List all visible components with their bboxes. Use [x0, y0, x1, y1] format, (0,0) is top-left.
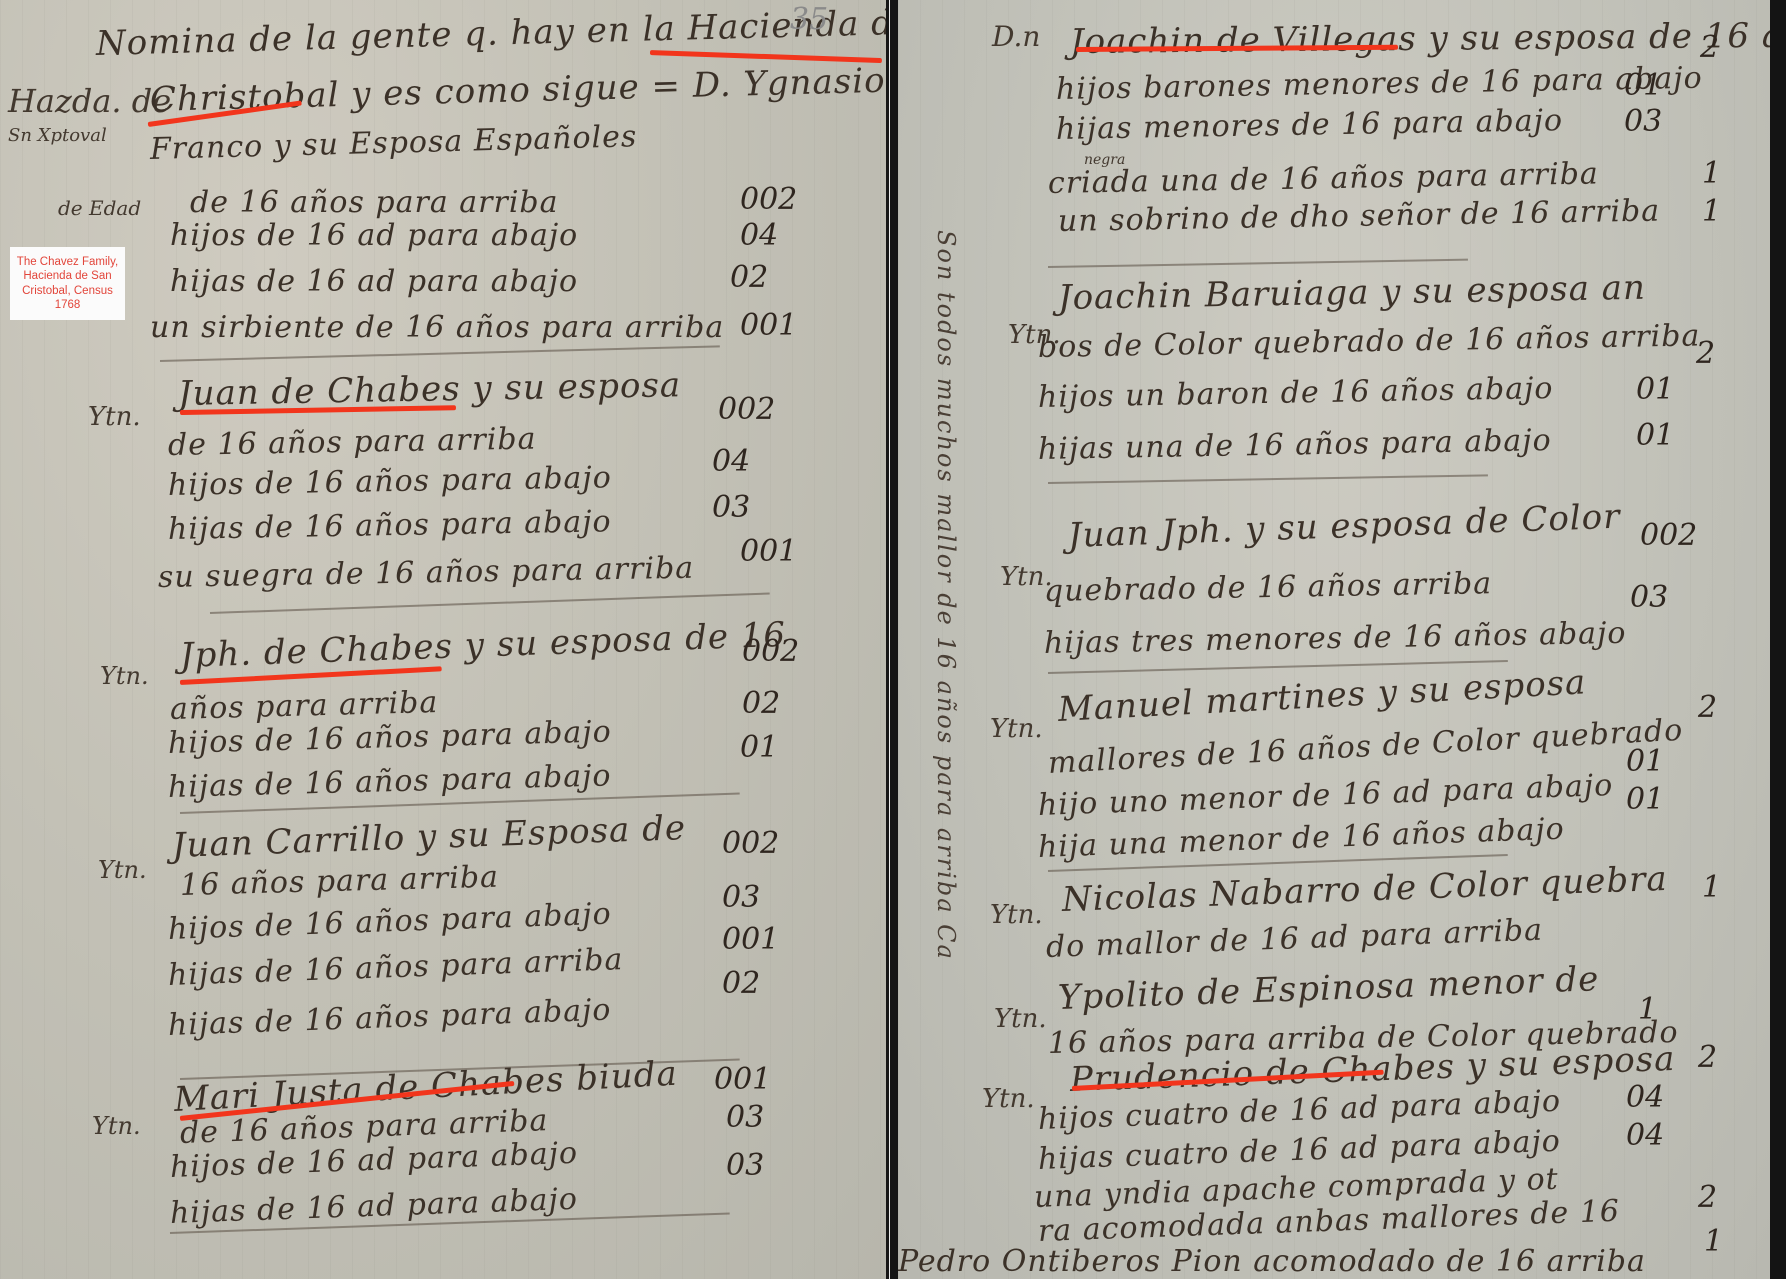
count-nabarro: 1 [1702, 870, 1721, 905]
book-spine [886, 0, 898, 1279]
entry-prefix: Ytn. [994, 1004, 1047, 1034]
manuscript-right-page: D.n Joachin de Villegas y su esposa de 1… [898, 0, 1770, 1279]
manuscript-left-page: Hazda. de Sn Xptoval de Edad Nomina de l… [0, 0, 888, 1279]
count-mari-justa-daughters: 03 [726, 1148, 764, 1183]
count-carrillo-daughters-under: 02 [722, 966, 760, 1001]
count-carrillo-daughters-over: 001 [722, 922, 779, 957]
entry-prefix: Ytn. [98, 856, 147, 884]
entry-prefix: Ytn. [990, 714, 1043, 744]
entry-prefix: Ytn. [990, 900, 1043, 930]
count-martines-couple: 2 [1698, 690, 1717, 725]
count-mari-justa-adults: 001 [714, 1062, 771, 1097]
count-martines-daughter: 01 [1626, 782, 1664, 817]
count-prudencio-couple: 2 [1698, 1040, 1717, 1075]
count-baruiaga-daughter: 01 [1636, 418, 1674, 453]
count-villegas-couple: 2 [1700, 30, 1719, 65]
margin-note-de-edad: de Edad [58, 196, 141, 220]
count-espinosa: 1 [1638, 992, 1657, 1027]
count-juan-jph-couple: 002 [1640, 518, 1697, 553]
folio-number: 35 [790, 2, 828, 37]
count-villegas-daughters: 03 [1624, 104, 1662, 139]
count-juan-daughters: 03 [712, 490, 750, 525]
count-prudencio-daughters: 04 [1626, 1118, 1664, 1153]
count-title-adults: 002 [740, 182, 797, 217]
vertical-margin-note: Son todos muchos mallor de 16 años para … [932, 230, 960, 961]
count-juan-adults: 002 [718, 392, 775, 427]
count-martines-son: 01 [1626, 744, 1664, 779]
margin-note-san-cristobal: Sn Xptoval [8, 125, 107, 146]
count-mari-justa-sons: 03 [726, 1100, 764, 1135]
count-juan-sons: 04 [712, 444, 750, 479]
count-juan-mother-in-law: 001 [740, 534, 797, 569]
entry-prefix: Ytn. [92, 1112, 141, 1140]
margin-note-hacienda: Hazda. de [8, 82, 171, 120]
title-line-7: un sirbiente de 16 años para arriba [150, 310, 724, 345]
count-prudencio-servants: 2 [1698, 1180, 1717, 1215]
count-baruiaga-couple: 2 [1696, 336, 1715, 371]
count-jph-adults: 002 [742, 634, 799, 669]
entry-ontiberos-line: Pedro Ontiberos Pion acomodado de 16 arr… [898, 1244, 1646, 1279]
count-ontiberos: 1 [1704, 1224, 1723, 1259]
count-jph-daughters: 01 [740, 730, 778, 765]
count-juan-jph-daughters: 03 [1630, 580, 1668, 615]
entry-prefix: Ytn. [88, 402, 141, 432]
count-prudencio-sons: 04 [1626, 1080, 1664, 1115]
entry-juan-de-chabes-line-2: de 16 años para arriba [168, 422, 537, 463]
caption-label: The Chavez Family, Hacienda de San Crist… [10, 247, 125, 320]
count-carrillo-adults: 002 [722, 826, 779, 861]
title-line-5: hijos de 16 ad para abajo [170, 218, 578, 253]
count-villegas-nephew: 1 [1702, 194, 1721, 229]
title-line-4: de 16 años para arriba [190, 185, 559, 220]
scan-background-edge [1770, 0, 1786, 1279]
count-title-daughters: 02 [730, 260, 768, 295]
entry-prefix: Ytn. [982, 1084, 1035, 1114]
count-carrillo-sons: 03 [722, 880, 760, 915]
count-jph-sons: 02 [742, 686, 780, 721]
count-villegas-sons: 01 [1624, 68, 1662, 103]
count-baruiaga-son: 01 [1636, 372, 1674, 407]
title-line-6: hijas de 16 ad para abajo [170, 264, 578, 299]
entry-prefix: Ytn. [100, 662, 149, 690]
entry-villegas-line-1: Joachin de Villegas y su esposa de 16 ar… [1070, 15, 1770, 62]
entry-prefix: D.n [992, 20, 1040, 53]
count-title-servant: 001 [740, 308, 797, 343]
caption-text: The Chavez Family, Hacienda de San Crist… [10, 255, 125, 313]
count-title-sons: 04 [740, 218, 778, 253]
count-villegas-servant: 1 [1702, 156, 1721, 191]
